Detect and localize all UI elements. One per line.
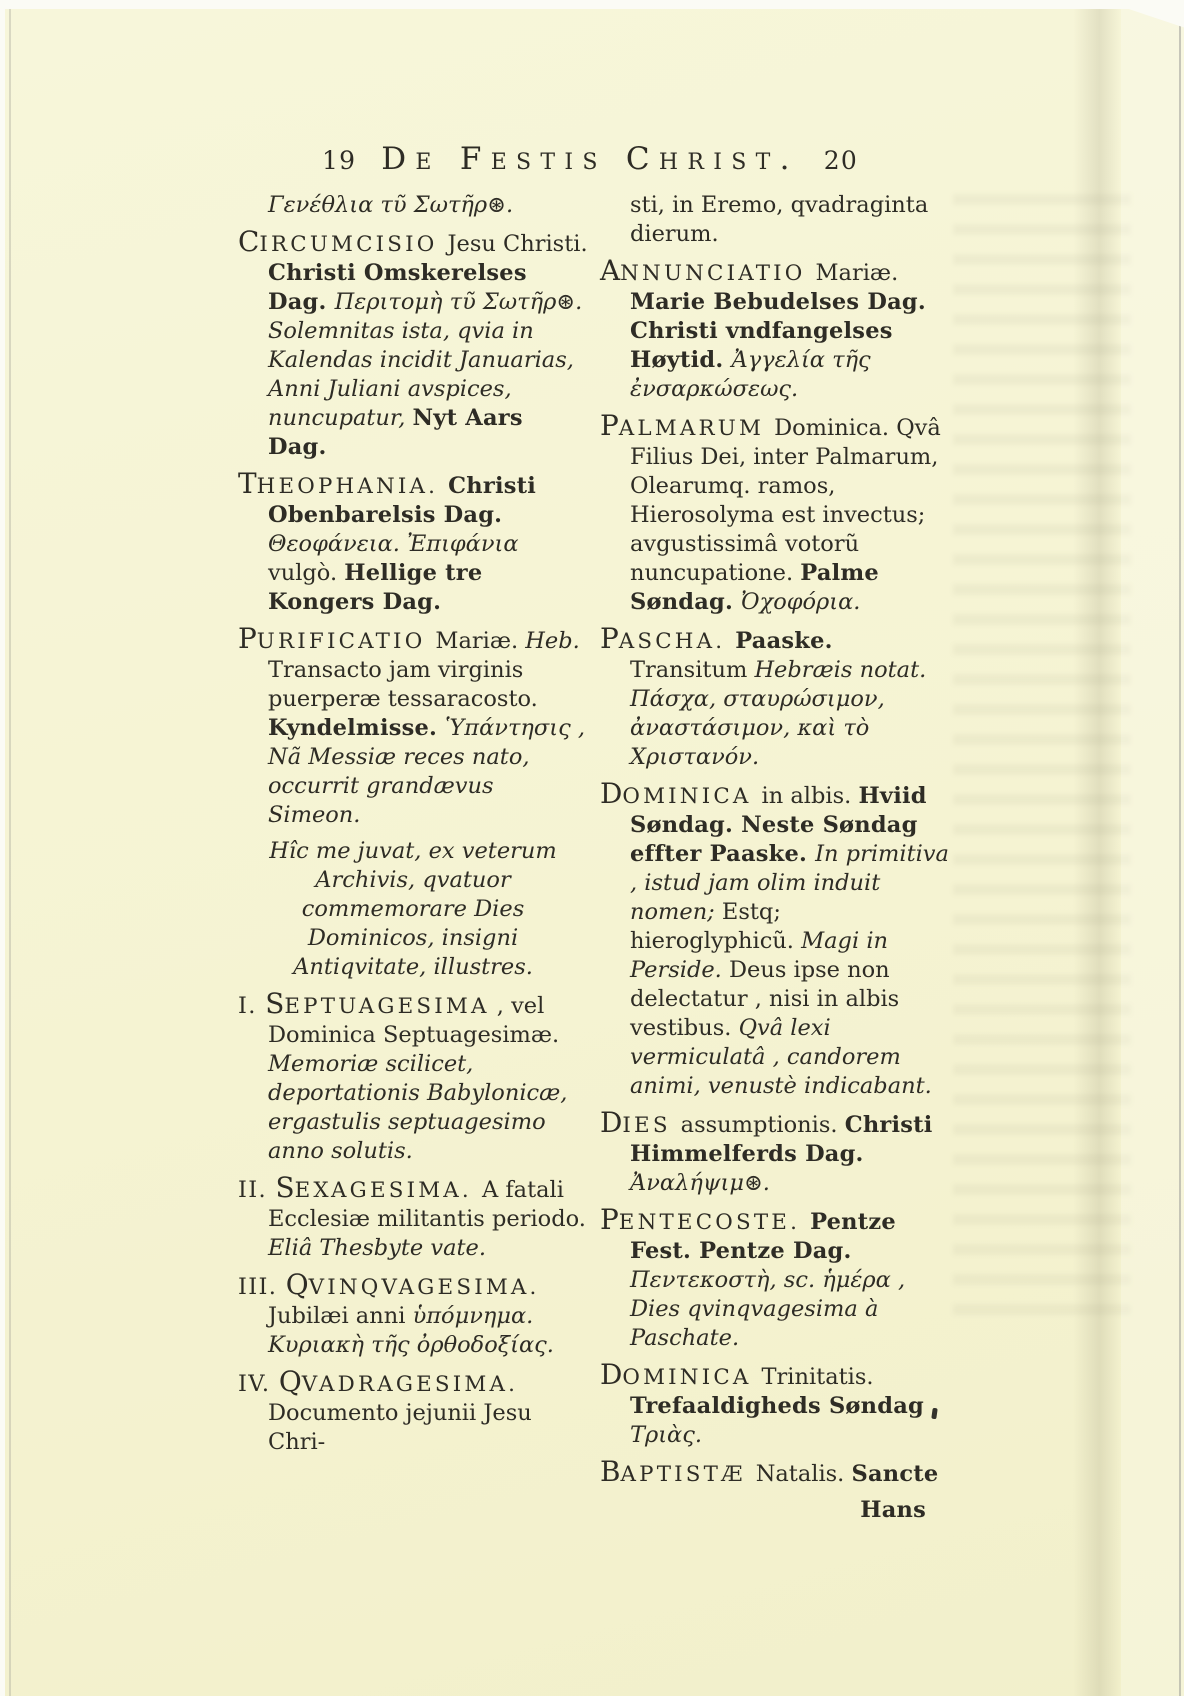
page-left-edge [9,9,11,1696]
paragraph: sti, in Eremo, qvadraginta dierum. [600,191,950,249]
text-segment-sc: EPTUAGESIMA [284,994,489,1019]
page-number-left: 19 [322,146,356,175]
paragraph: I. SEPTUAGESIMA , vel Dominica Septuages… [238,989,588,1166]
text-segment-r: Mariæ. [435,628,525,654]
text-segment-r: Documento jejunii Jesu Chri- [268,1400,532,1455]
running-head: 19 De Festis Christ. 20 [238,141,950,177]
text-segment-g: ἡμέρα , [822,1267,905,1293]
text-segment-r: in albis. [762,783,859,809]
paragraph: IV. QVADRAGESIMA. Documento jejunii Jesu… [238,1367,588,1457]
text-segment-cap: Q [286,1268,309,1301]
page-outer-margin [1121,9,1184,1696]
paragraph: PENTECOSTE. Pentze Fest. Pentze Dag. Πεν… [600,1205,950,1353]
text-segment-g: Γενέθλια τῦ Σωτῆρ⊛. [268,192,513,218]
text-segment-num: IV. [238,1371,279,1397]
text-segment-sc: APTISTÆ [621,1462,756,1487]
text-segment-r: Jesu Christi. [448,231,588,257]
text-segment-b: Trefaaldigheds Søndag [630,1393,924,1419]
text-segment-cap: P [600,409,619,442]
text-segment-i: Hebræis notat. [754,657,926,683]
text-segment-num: II. [238,1177,275,1203]
text-segment-g: Πεντεκοστὴ, [630,1267,784,1293]
text-segment-cap: S [275,1171,294,1204]
text-segment-b: Hans [860,1497,926,1523]
text-segment-g: Ὀχοφόρια. [741,589,860,615]
paragraph: DOMINICA Trinitatis. Trefaaldigheds Sønd… [600,1360,950,1450]
paragraph: Hîc me juvat, ex veterum Archivis, qvatu… [238,837,588,982]
text-segment-b: Paaske. [735,628,832,654]
text-segment-g: Πάσχα, σταυρώσιμον, ἀναστάσιμον, καὶ τὸ … [630,686,885,770]
text-segment-g: Περιτομὴ τῦ Σωτῆρ⊛. [335,289,583,315]
text-segment-g: Θεοφάνεια. Ἐπιφάνια [268,531,519,557]
text-segment-g: Τριὰς. [630,1422,702,1448]
paragraph: CIRCUMCISIO Jesu Christi. Christi Omsker… [238,227,588,462]
paragraph: BAPTISTÆ Natalis. Sancte [600,1457,950,1489]
text-segment-i: Hîc me juvat, ex veterum Archivis, qvatu… [269,838,556,980]
text-segment-cap: B [600,1455,621,1488]
paragraph: III. QVINQVAGESIMA. Jubilæi anni ὑπόμνημ… [238,1270,588,1360]
running-title: De Festis Christ. [381,141,799,177]
text-segment-cap: C [238,225,259,258]
text-segment-sc: HEOPHANIA. [257,474,449,499]
text-segment-cap: P [600,1203,619,1236]
text-segment-cap: P [238,622,257,655]
text-segment-i: sc. [784,1267,822,1293]
text-segment-sc: IES [622,1113,680,1138]
paragraph: Γενέθλια τῦ Σωτῆρ⊛. [238,191,588,220]
paragraph: PASCHA. Paaske. Transitum Hebræis notat.… [600,624,950,772]
text-segment-sc: URIFICATIO [257,629,436,654]
text-segment-cap: P [600,622,619,655]
text-segment-sc: VINQVAGESIMA. [309,1275,540,1300]
text-segment-i: Eliâ Thesbyte vate. [268,1235,486,1261]
book-page-paper: 19 De Festis Christ. 20 Γενέθλια τῦ Σωτῆ… [5,9,1184,1696]
page-number-right: 20 [824,146,858,175]
text-segment-sc: ENTECOSTE. [619,1210,810,1235]
text-segment-sc: ALMARUM [619,416,774,441]
text-segment-g: Ὑπάντησις , [445,715,585,741]
text-segment-sc: EXAGESIMA. [295,1178,482,1203]
text-segment-r: sti, in Eremo, qvadraginta dierum. [630,192,928,247]
page-fold-shadow [1073,9,1121,1696]
scanned-book-page: { "page": { "header": { "left_page_numbe… [0,0,1184,1696]
text-segment-r: Natalis. [756,1461,852,1487]
text-segment-sc: IRCUMCISIO [259,232,447,257]
text-segment-r: Transitum [630,657,754,683]
paragraph: THEOPHANIA. Christi Obenbarelsis Dag. Θε… [238,469,588,617]
text-segment-b: Kyndelmisse. [268,715,445,741]
text-segment-i: Nã Messiæ reces nato, occurrit grandævus… [268,744,530,828]
text-segment-cap: D [600,1106,622,1139]
text-segment-r: Transacto jam virginis puerperæ tessarac… [268,657,538,712]
text-segment-r: Mariæ. [816,260,899,286]
text-segment-num: III. [238,1274,286,1300]
text-segment-num: I. [238,993,265,1019]
text-segment-cap: A [600,254,620,287]
paragraph: DOMINICA in albis. Hviid Søndag. Neste S… [600,779,950,1101]
text-segment-cap: Q [279,1365,302,1398]
text-segment-sc: NNUNCIATIO [620,261,815,286]
text-segment-i: Dies qvinqvagesima à Paschate. [630,1296,878,1351]
text-block: 19 De Festis Christ. 20 Γενέθλια τῦ Σωτῆ… [238,141,950,1532]
text-segment-sc: OMINICA [622,1365,761,1390]
right-column: sti, in Eremo, qvadraginta dierum.ANNUNC… [600,191,950,1532]
text-segment-sc: ASCHA. [619,629,735,654]
paragraph: PURIFICATIO Mariæ. Heb. Transacto jam vi… [238,624,588,830]
paragraph: DIES assumptionis. Christi Himmelferds D… [600,1108,950,1198]
text-segment-cap: D [600,1358,622,1391]
scan-edge-line [1179,9,1181,1696]
two-column-text: Γενέθλια τῦ Σωτῆρ⊛.CIRCUMCISIO Jesu Chri… [238,191,950,1532]
text-segment-cap: D [600,777,622,810]
text-segment-sc: OMINICA [622,784,761,809]
paragraph: ANNUNCIATIO Mariæ. Marie Bebudelses Dag.… [600,256,950,404]
text-segment-r: Trinitatis. [762,1364,874,1390]
paragraph: PALMARUM Dominica. Qvâ Filius Dei, inter… [600,411,950,617]
text-segment-b: Sancte [852,1461,939,1487]
text-segment-i: Heb. [525,628,580,654]
text-segment-sc: VADRAGESIMA. [302,1372,518,1397]
text-segment-r: assumptionis. [681,1112,845,1138]
paragraph: II. SEXAGESIMA. A fatali Ecclesiæ milita… [238,1173,588,1263]
text-segment-g: Ἀναλήψιμ⊛. [630,1170,770,1196]
paragraph: Hans [600,1496,950,1525]
text-segment-cap: T [238,467,257,500]
text-segment-r: vulgò. [268,560,344,586]
left-column: Γενέθλια τῦ Σωτῆρ⊛.CIRCUMCISIO Jesu Chri… [238,191,588,1532]
text-segment-cap: S [265,987,284,1020]
text-segment-r: Jubilæi anni [268,1303,413,1329]
text-segment-i: Memoriæ scilicet, deportationis Babyloni… [268,1051,567,1164]
